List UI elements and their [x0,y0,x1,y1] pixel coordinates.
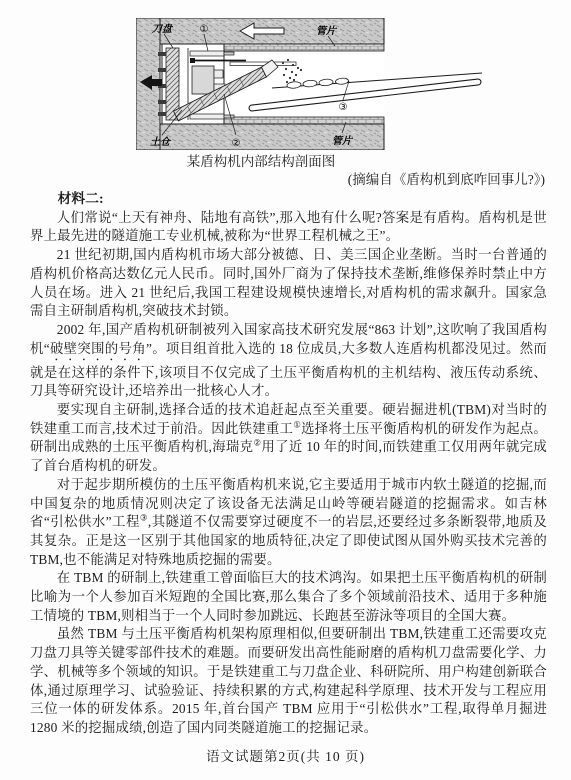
paragraph-7: 虽然 TBM 与土压平衡盾构机架构原理相似,但要研制出 TBM,铁建重工还需要攻… [30,625,547,737]
paragraph-4: 要实现自主研制,选择合适的技术追赶起点至关重要。硬岩掘进机(TBM)对当时的铁建… [30,401,547,476]
exam-page: 刀盘 ① 管片 ③ 土仓 ② 管片 某盾构机内部结构剖面图 (摘编自《盾构机到底… [0,0,571,780]
material-heading: 材料二: [30,190,547,209]
tbm-figure: 刀盘 ① 管片 ③ 土仓 ② 管片 某盾构机内部结构剖面图 [136,18,486,170]
callout-2: ② [232,138,241,149]
paragraph-2: 21 世纪初期,国内盾构机市场大部分被德、日、美三国企业垄断。当时一台普通的盾构… [30,246,547,321]
paragraph-3: 2002 年,国产盾构机研制被列入国家高技术研究发展“863 计划”,这吹响了我… [30,321,547,401]
callout-1: ① [200,24,209,35]
figure-caption: 某盾构机内部结构剖面图 [136,153,386,170]
drive-motor-upper [214,70,223,78]
label-soil-chamber: 土仓 [150,136,172,148]
tbm-cross-section-diagram: 刀盘 ① 管片 ③ 土仓 ② 管片 [136,18,486,150]
label-segment-top: 管片 [316,25,338,37]
segment-lining-bottom [224,117,384,124]
paragraph-1: 人们常说“上天有神舟、陆地有高铁”,那入地有什么呢?答案是有盾构。盾构机是世界上… [30,209,547,246]
callout-3: ③ [339,102,348,113]
content-column: 刀盘 ① 管片 ③ 土仓 ② 管片 某盾构机内部结构剖面图 (摘编自《盾构机到底… [30,12,547,738]
figure-source: (摘编自《盾构机到底咋回事儿?》) [30,171,545,188]
label-segment-bottom: 管片 [332,135,354,147]
p3-emphasized-phrase: 破壁突围的号角 [50,341,146,356]
label-cutter-head: 刀盘 [151,23,174,35]
paragraph-6: 在 TBM 的研制上,铁建重工曾面临巨大的技术鸿沟。如果把土压平衡盾构机的研制比… [30,569,547,625]
segment-lining-top [224,44,384,51]
paragraph-5: 对于起步期所模仿的土压平衡盾构机来说,它主要适用于城市内软土隧道的挖掘,而中国复… [30,476,547,570]
main-drive [192,66,214,94]
footnote-ref-1: ① [293,419,301,429]
exam-page-body: { "page": { "background": "#fdfdfd", "in… [0,0,571,780]
footnote-ref-3: ③ [140,513,148,523]
erector-beam [230,62,296,66]
page-footer: 语文试题第2页(共 10 页) [0,745,571,765]
